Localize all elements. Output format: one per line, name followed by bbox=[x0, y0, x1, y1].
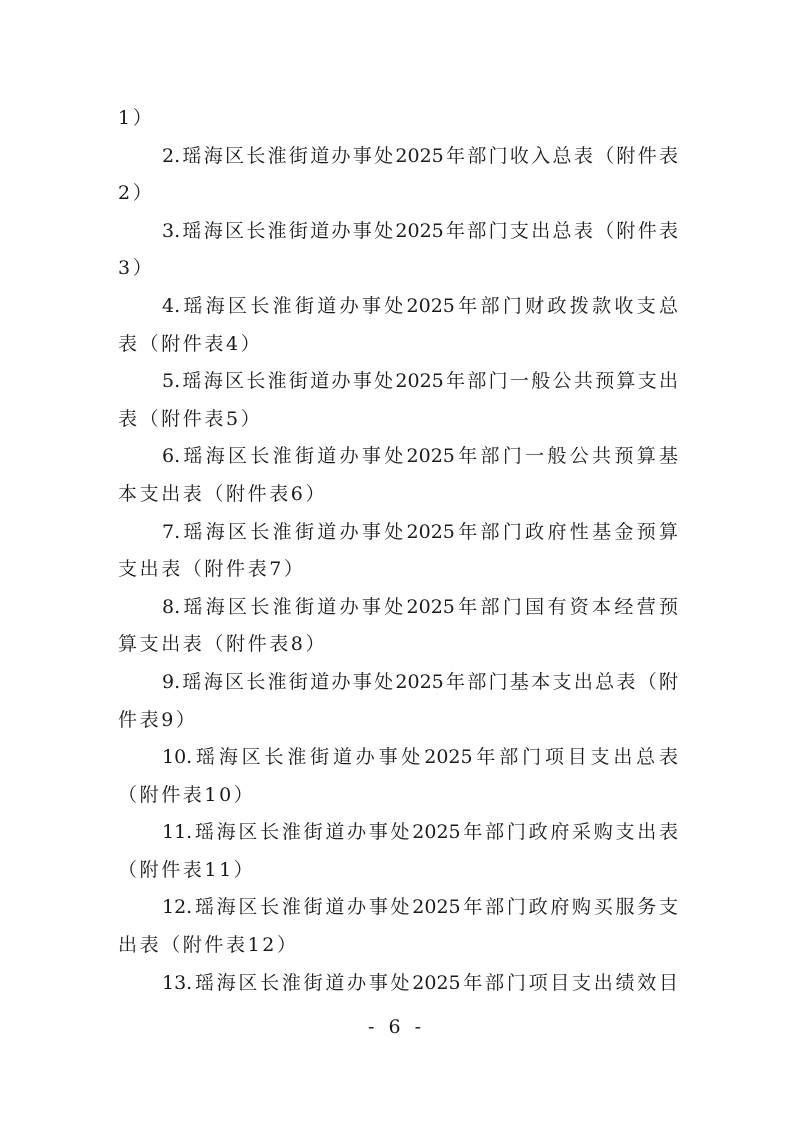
text-line: （附件表10） bbox=[118, 777, 678, 815]
text-line: 4.瑶海区长淮街道办事处2025年部门财政拨款收支总 bbox=[118, 288, 678, 326]
text-line: 1） bbox=[118, 100, 678, 138]
text-line: 3.瑶海区长淮街道办事处2025年部门支出总表（附件表 bbox=[118, 213, 678, 251]
text-line: 支出表（附件表7） bbox=[118, 551, 678, 589]
text-line: 2） bbox=[118, 175, 678, 213]
text-line: 6.瑶海区长淮街道办事处2025年部门一般公共预算基 bbox=[118, 438, 678, 476]
text-line: 表（附件表5） bbox=[118, 401, 678, 439]
text-line: 9.瑶海区长淮街道办事处2025年部门基本支出总表（附 bbox=[118, 664, 678, 702]
text-line: 12.瑶海区长淮街道办事处2025年部门政府购买服务支 bbox=[118, 889, 678, 927]
text-line: 11.瑶海区长淮街道办事处2025年部门政府采购支出表 bbox=[118, 814, 678, 852]
text-line: 7.瑶海区长淮街道办事处2025年部门政府性基金预算 bbox=[118, 514, 678, 552]
text-line: （附件表11） bbox=[118, 852, 678, 890]
text-line: 13.瑶海区长淮街道办事处2025年部门项目支出绩效目 bbox=[118, 965, 678, 1003]
text-line: 5.瑶海区长淮街道办事处2025年部门一般公共预算支出 bbox=[118, 363, 678, 401]
text-line: 本支出表（附件表6） bbox=[118, 476, 678, 514]
text-line: 3） bbox=[118, 250, 678, 288]
text-line: 表（附件表4） bbox=[118, 326, 678, 364]
text-line: 算支出表（附件表8） bbox=[118, 626, 678, 664]
document-page: 1） 2.瑶海区长淮街道办事处2025年部门收入总表（附件表 2） 3.瑶海区长… bbox=[0, 0, 793, 1122]
text-line: 10.瑶海区长淮街道办事处2025年部门项目支出总表 bbox=[118, 739, 678, 777]
text-line: 件表9） bbox=[118, 702, 678, 740]
document-body: 1） 2.瑶海区长淮街道办事处2025年部门收入总表（附件表 2） 3.瑶海区长… bbox=[118, 100, 678, 1002]
page-number: - 6 - bbox=[0, 1016, 793, 1038]
text-line: 2.瑶海区长淮街道办事处2025年部门收入总表（附件表 bbox=[118, 138, 678, 176]
text-line: 出表（附件表12） bbox=[118, 927, 678, 965]
text-line: 8.瑶海区长淮街道办事处2025年部门国有资本经营预 bbox=[118, 589, 678, 627]
